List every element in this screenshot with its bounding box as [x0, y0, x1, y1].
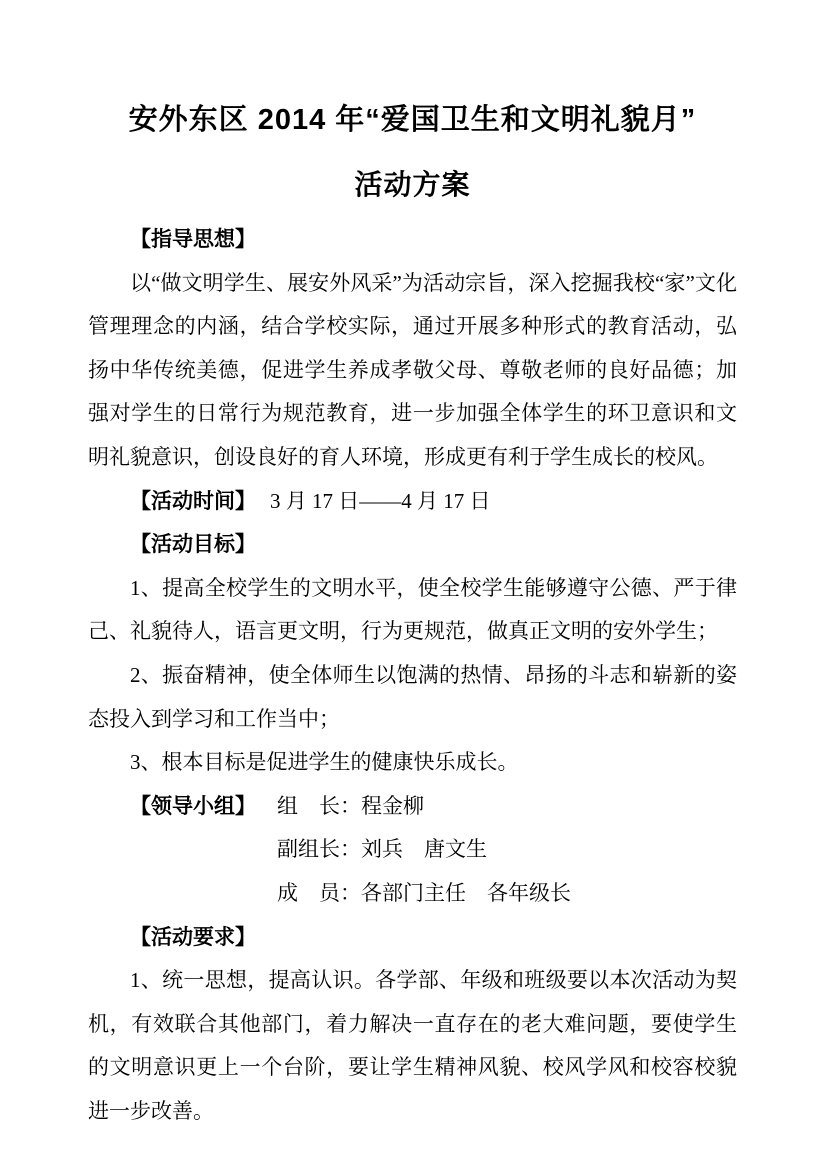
section-heading-activity-goals: 【活动目标】	[88, 523, 737, 567]
section-heading-leader-group: 【领导小组】	[88, 785, 277, 829]
document-page: 安外东区 2014 年“爱国卫生和文明礼貌月” 活动方案 【指导思想】 以“做文…	[0, 0, 827, 1169]
document-body: 【指导思想】 以“做文明学生、展安外风采”为活动宗旨，深入挖掘我校“家”文化管理…	[0, 218, 827, 1133]
paragraph-guiding-ideology: 以“做文明学生、展安外风采”为活动宗旨，深入挖掘我校“家”文化管理理念的内涵，结…	[88, 262, 737, 480]
leader-line-deputy: 副组长：刘兵 唐文生	[277, 828, 737, 872]
activity-time-value: 3 月 17 日——4 月 17 日	[270, 489, 491, 513]
paragraph-requirement-1: 1、统一思想，提高认识。各学部、年级和班级要以本次活动为契机，有效联合其他部门，…	[88, 959, 737, 1133]
line-activity-time: 【活动时间】3 月 17 日——4 月 17 日	[88, 480, 737, 524]
leader-group-members: 组 长：程金柳 副组长：刘兵 唐文生 成 员：各部门主任 各年级长	[277, 785, 737, 916]
paragraph-goal-1: 1、提高全校学生的文明水平，使全校学生能够遵守公德、严于律己、礼貌待人，语言更文…	[88, 567, 737, 654]
section-heading-activity-requirements: 【活动要求】	[88, 916, 737, 960]
paragraph-goal-3: 3、根本目标是促进学生的健康快乐成长。	[88, 741, 737, 785]
document-title-line1: 安外东区 2014 年“爱国卫生和文明礼貌月”	[88, 101, 737, 139]
leader-group-block: 【领导小组】 组 长：程金柳 副组长：刘兵 唐文生 成 员：各部门主任 各年级长	[88, 785, 737, 916]
leader-line-head: 组 长：程金柳	[277, 785, 737, 829]
document-title-line2: 活动方案	[88, 166, 737, 204]
paragraph-goal-2: 2、振奋精神，使全体师生以饱满的热情、昂扬的斗志和崭新的姿态投入到学习和工作当中…	[88, 654, 737, 741]
leader-line-members: 成 员：各部门主任 各年级长	[277, 872, 737, 916]
section-heading-guiding-ideology: 【指导思想】	[88, 218, 737, 262]
section-heading-activity-time: 【活动时间】	[130, 490, 256, 513]
